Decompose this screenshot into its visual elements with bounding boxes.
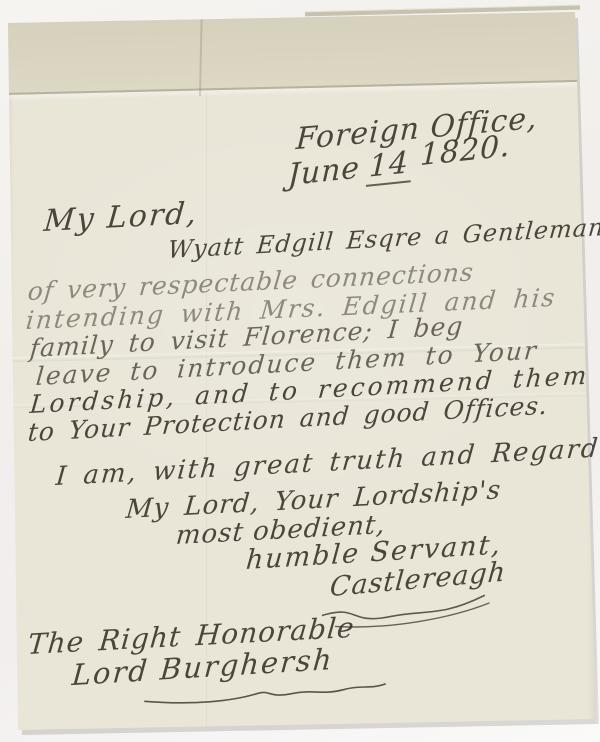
letter-photo: Foreign Office, June141820. My Lord, Wya… xyxy=(0,0,600,742)
fold-band-top xyxy=(0,0,600,95)
date-day: 14 xyxy=(366,145,411,187)
